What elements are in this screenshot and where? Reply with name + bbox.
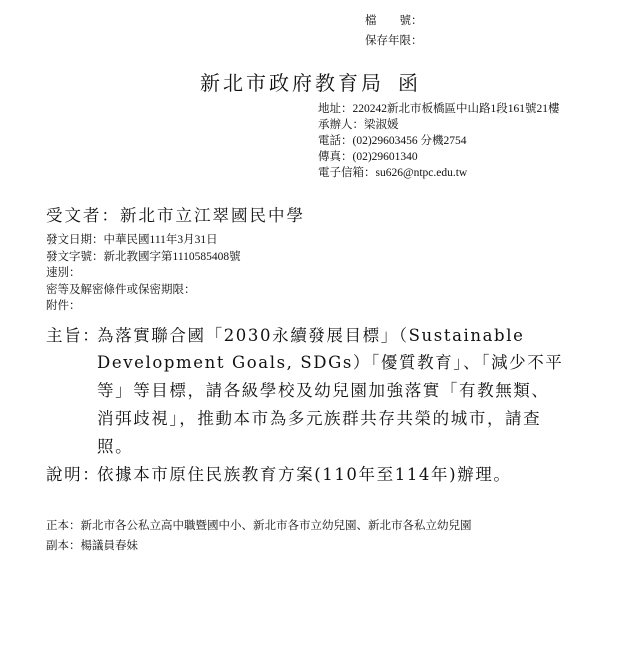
recipient-line: 受文者：新北市立江翠國民中學 [46, 205, 305, 227]
contact-handler: 承辦人：梁淑媛 [318, 118, 399, 132]
classification: 密等及解密條件或保密期限： [46, 283, 196, 297]
explanation-text: 依據本市原住民族教育方案(110年至114年)辦理。 [97, 464, 511, 486]
attachment: 附件： [46, 299, 81, 313]
subject-line: Development Goals, SDGs）「優質教育」、「減少不平 [97, 352, 563, 374]
document-title: 新北市政府教育局函 [200, 70, 421, 96]
contact-fax: 傳真：(02)29601340 [318, 150, 418, 164]
contact-address: 地址：220242新北市板橋區中山路1段161號21樓 [318, 102, 560, 116]
original-recipients: 正本：新北市各公私立高中職暨國中小、新北市各市立幼兒園、新北市各私立幼兒園 [46, 519, 472, 533]
retention-period-label: 保存年限： [365, 33, 423, 47]
contact-phone: 電話：(02)29603456 分機2754 [318, 134, 467, 148]
file-number-field: 檔 號： [365, 13, 423, 27]
delivery-speed: 速別： [46, 266, 81, 280]
document-type: 函 [398, 71, 421, 95]
contact-email: 電子信箱：su626@ntpc.edu.tw [318, 166, 467, 180]
copy-recipients: 副本：楊議員春妹 [46, 539, 138, 553]
subject-line: 為落實聯合國「2030永續發展目標」（Sustainable [97, 325, 524, 347]
subject-line: 照。 [97, 436, 133, 458]
subject-line: 消弭歧視」，推動本市為多元族群共存共榮的城市，請查 [97, 408, 541, 430]
explanation-label: 說明： [46, 464, 100, 486]
agency-name: 新北市政府教育局 [200, 71, 384, 95]
file-number-label: 檔 號： [365, 13, 423, 27]
retention-period-field: 保存年限： [365, 33, 423, 47]
issue-date: 發文日期：中華民國111年3月31日 [46, 233, 218, 247]
subject-line: 等」等目標，請各級學校及幼兒園加強落實「有教無類、 [97, 380, 550, 402]
subject-label: 主旨： [46, 325, 100, 347]
issue-number: 發文字號：新北教國字第1110585408號 [46, 250, 241, 264]
